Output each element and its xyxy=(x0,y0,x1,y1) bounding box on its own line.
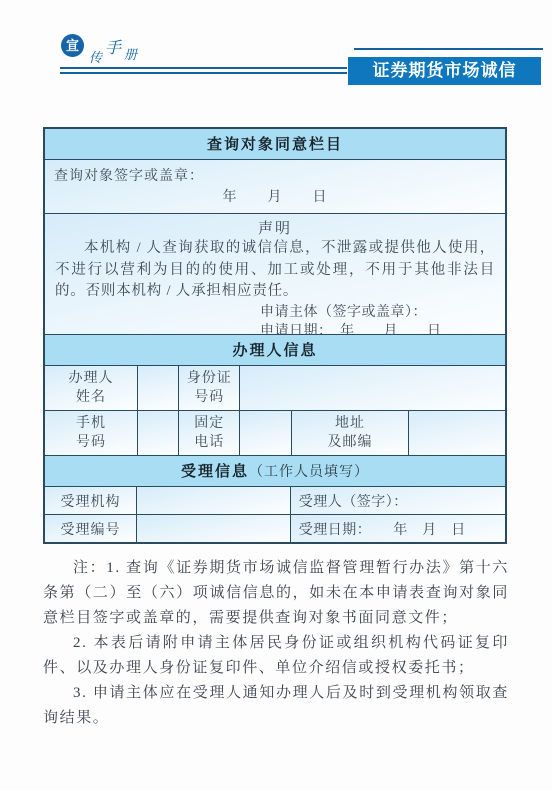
logo-circle-icon: 宣 xyxy=(61,34,84,57)
consent-sign-label: 查询对象签字或盖章： xyxy=(54,165,496,185)
label-line: 号码 xyxy=(76,433,106,452)
handler-name-label: 办理人 姓名 xyxy=(45,366,137,410)
handler-name-field xyxy=(137,366,178,410)
header-double-rule xyxy=(60,67,347,74)
acceptance-row-1: 受理机构 受理人（签字）： xyxy=(45,486,505,514)
footnote-2: 2. 本表后请附申请主体居民身份证或组织机构代码证复印件、以及办理人身份证复印件… xyxy=(43,631,509,681)
acceptance-org-field xyxy=(136,487,290,514)
acceptance-title: 受理信息 xyxy=(181,463,249,480)
label-line: 号码 xyxy=(194,388,224,407)
mobile-label: 手机 号码 xyxy=(45,411,137,455)
logo-char: 手 xyxy=(105,35,121,66)
applicant-sign-label: 申请主体（签字或盖章）： xyxy=(260,303,495,323)
handler-row-2: 手机 号码 固定 电话 地址 及邮编 xyxy=(45,410,505,455)
address-label: 地址 及邮编 xyxy=(291,411,409,455)
consent-date-line: 年 月 日 xyxy=(54,186,496,206)
id-number-field xyxy=(239,366,505,410)
declaration-title: 声明 xyxy=(55,217,495,238)
application-date-label: 申请日期： 年 月 日 xyxy=(260,322,495,334)
declaration-cell: 声明 本机构 / 人查询获取的诚信信息，不泄露或提供他人使用，不进行以营利为目的… xyxy=(45,213,505,334)
acceptance-org-label: 受理机构 xyxy=(45,487,136,514)
label-line: 地址 xyxy=(335,414,365,433)
label-line: 及邮编 xyxy=(328,433,373,452)
label-line: 手机 xyxy=(76,414,106,433)
banner-title: 证券期货市场诚信 xyxy=(348,57,541,85)
footnote-1: 注：1. 查询《证券期货市场诚信监督管理暂行办法》第十六条第（二）至（六）项诚信… xyxy=(43,556,509,631)
mobile-field xyxy=(137,411,178,455)
acceptance-number-field xyxy=(136,515,290,542)
declaration-body: 本机构 / 人查询获取的诚信信息，不泄露或提供他人使用，不进行以营利为目的的使用… xyxy=(55,238,495,303)
section-header-acceptance: 受理信息（工作人员填写） xyxy=(45,455,505,486)
acceptance-date-label: 受理日期： 年 月 日 xyxy=(290,515,505,542)
section-header-handler: 办理人信息 xyxy=(45,334,505,365)
logo-char: 传 xyxy=(89,47,102,66)
acceptance-number-label: 受理编号 xyxy=(45,515,136,542)
handbook-logo: 宣 传 手 册 xyxy=(61,34,137,66)
label-line: 电话 xyxy=(194,433,224,452)
acceptor-sign-label: 受理人（签字）： xyxy=(290,487,505,514)
acceptance-title-sub: （工作人员填写） xyxy=(249,465,369,480)
acceptance-row-2: 受理编号 受理日期： 年 月 日 xyxy=(45,514,505,542)
logo-text: 传 手 册 xyxy=(84,34,137,66)
footnotes: 注：1. 查询《证券期货市场诚信监督管理暂行办法》第十六条第（二）至（六）项诚信… xyxy=(43,556,509,731)
label-line: 身份证 xyxy=(187,369,232,388)
label-line: 办理人 xyxy=(69,369,114,388)
id-number-label: 身份证 号码 xyxy=(178,366,239,410)
handler-row-1: 办理人 姓名 身份证 号码 xyxy=(45,365,505,410)
section-header-consent: 查询对象同意栏目 xyxy=(45,129,505,159)
logo-char: 册 xyxy=(124,44,137,66)
address-field xyxy=(408,411,505,455)
consent-sign-cell: 查询对象签字或盖章： 年 月 日 xyxy=(45,159,505,213)
handbook-page: 宣 传 手 册 证券期货市场诚信 查询对象同意栏目 查询对象签字或盖章： 年 月… xyxy=(0,0,552,790)
label-line: 姓名 xyxy=(76,388,106,407)
landline-field xyxy=(239,411,291,455)
label-line: 固定 xyxy=(194,414,224,433)
footnote-3: 3. 申请主体应在受理人通知办理人后及时到受理机构领取查询结果。 xyxy=(43,681,509,731)
banner-top-rule xyxy=(354,48,543,50)
application-form-table: 查询对象同意栏目 查询对象签字或盖章： 年 月 日 声明 本机构 / 人查询获取… xyxy=(43,127,507,544)
landline-label: 固定 电话 xyxy=(178,411,239,455)
